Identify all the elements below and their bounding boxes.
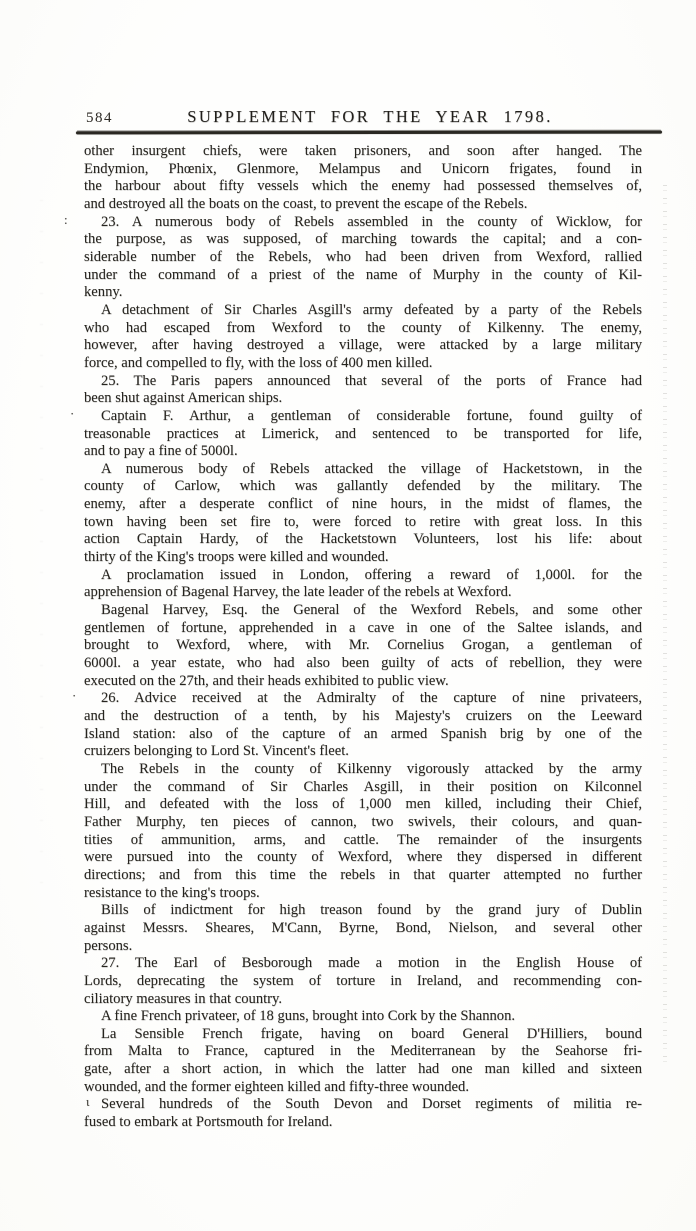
text-line: 26. Advice received at the Admiralty of … (84, 690, 642, 708)
scan-artifact-mark: : (64, 212, 68, 228)
text-line: Bagenal Harvey, Esq. the General of the … (84, 602, 642, 620)
text-line: persons. (84, 938, 642, 956)
text-line: A numerous body of Rebels attacked the v… (84, 461, 642, 479)
scan-artifact-mark: · (70, 406, 74, 422)
text-line: The Rebels in the county of Kilkenny vig… (84, 761, 642, 779)
text-line: under the command of a priest of the nam… (84, 267, 642, 285)
page-number: 584 (86, 110, 113, 127)
scan-noise-right-edge (663, 185, 667, 1065)
text-line: other insurgent chiefs, were taken priso… (84, 143, 642, 161)
header-rule (76, 131, 662, 135)
text-line: kenny. (84, 284, 642, 302)
text-line: county of Carlow, which was gallantly de… (84, 478, 642, 496)
text-line: Island station: also of the capture of a… (84, 726, 642, 744)
text-line: town having been set fire to, were force… (84, 514, 642, 532)
page-header: 584 SUPPLEMENT FOR THE YEAR 1798. (84, 107, 642, 129)
text-line: A proclamation issued in London, offerin… (84, 567, 642, 585)
text-line: La Sensible French frigate, having on bo… (84, 1026, 642, 1044)
text-line: treasonable practices at Limerick, and s… (84, 426, 642, 444)
text-line: fused to embark at Portsmouth for Irelan… (84, 1114, 642, 1132)
text-line: A detachment of Sir Charles Asgill's arm… (84, 302, 642, 320)
text-line: however, after having destroyed a villag… (84, 337, 642, 355)
text-line: and destroyed all the boats on the coast… (84, 196, 642, 214)
text-line: ciliatory measures in that country. (84, 991, 642, 1009)
text-line: 6000l. a year estate, who had also been … (84, 655, 642, 673)
text-body: other insurgent chiefs, were taken priso… (84, 143, 642, 1132)
text-line: action Captain Hardy, of the Hacketstown… (84, 531, 642, 549)
text-line: been shut against American ships. (84, 390, 642, 408)
text-line: and to pay a fine of 5000l. (84, 443, 642, 461)
scan-noise-left-edge (40, 200, 43, 900)
text-line: apprehension of Bagenal Harvey, the late… (84, 584, 642, 602)
scan-artifact-mark: ɩ (86, 1094, 90, 1110)
text-line: against Messrs. Sheares, M'Cann, Byrne, … (84, 920, 642, 938)
text-line: the harbour about fifty vessels which th… (84, 178, 642, 196)
text-line: under the command of Sir Charles Asgill,… (84, 779, 642, 797)
text-line: Hill, and defeated with the loss of 1,00… (84, 796, 642, 814)
text-line: directions; and from this time the rebel… (84, 867, 642, 885)
text-line: Father Murphy, ten pieces of cannon, two… (84, 814, 642, 832)
text-line: force, and compelled to fly, with the lo… (84, 355, 642, 373)
text-line: enemy, after a desperate conflict of nin… (84, 496, 642, 514)
text-line: Endymion, Phœnix, Glenmore, Melampus and… (84, 161, 642, 179)
text-line: the purpose, as was supposed, of marchin… (84, 231, 642, 249)
page-header-title: SUPPLEMENT FOR THE YEAR 1798. (98, 107, 642, 127)
text-line: Several hundreds of the South Devon and … (84, 1096, 642, 1114)
text-line: who had escaped from Wexford to the coun… (84, 320, 642, 338)
text-line: Bills of indictment for high treason fou… (84, 902, 642, 920)
text-line: gentlemen of fortune, apprehended in a c… (84, 620, 642, 638)
text-line: tities of ammunition, arms, and cattle. … (84, 832, 642, 850)
text-line: thirty of the King's troops were killed … (84, 549, 642, 567)
text-line: executed on the 27th, and their heads ex… (84, 673, 642, 691)
text-line: siderable number of the Rebels, who had … (84, 249, 642, 267)
text-line: Lords, deprecating the system of torture… (84, 973, 642, 991)
text-line: 25. The Paris papers announced that seve… (84, 373, 642, 391)
scan-artifact-mark: · (72, 688, 76, 704)
text-line: were pursued into the county of Wexford,… (84, 849, 642, 867)
text-line: and the destruction of a tenth, by his M… (84, 708, 642, 726)
text-line: wounded, and the former eighteen killed … (84, 1079, 642, 1097)
document-page: 584 SUPPLEMENT FOR THE YEAR 1798. other … (0, 0, 696, 1231)
text-line: gate, after a short action, in which the… (84, 1061, 642, 1079)
text-line: 23. A numerous body of Rebels assembled … (84, 214, 642, 232)
text-line: from Malta to France, captured in the Me… (84, 1043, 642, 1061)
text-line: 27. The Earl of Besborough made a motion… (84, 955, 642, 973)
text-line: cruizers belonging to Lord St. Vincent's… (84, 743, 642, 761)
text-line: brought to Wexford, where, with Mr. Corn… (84, 637, 642, 655)
text-line: resistance to the king's troops. (84, 885, 642, 903)
text-line: Captain F. Arthur, a gentleman of consid… (84, 408, 642, 426)
text-line: A fine French privateer, of 18 guns, bro… (84, 1008, 642, 1026)
